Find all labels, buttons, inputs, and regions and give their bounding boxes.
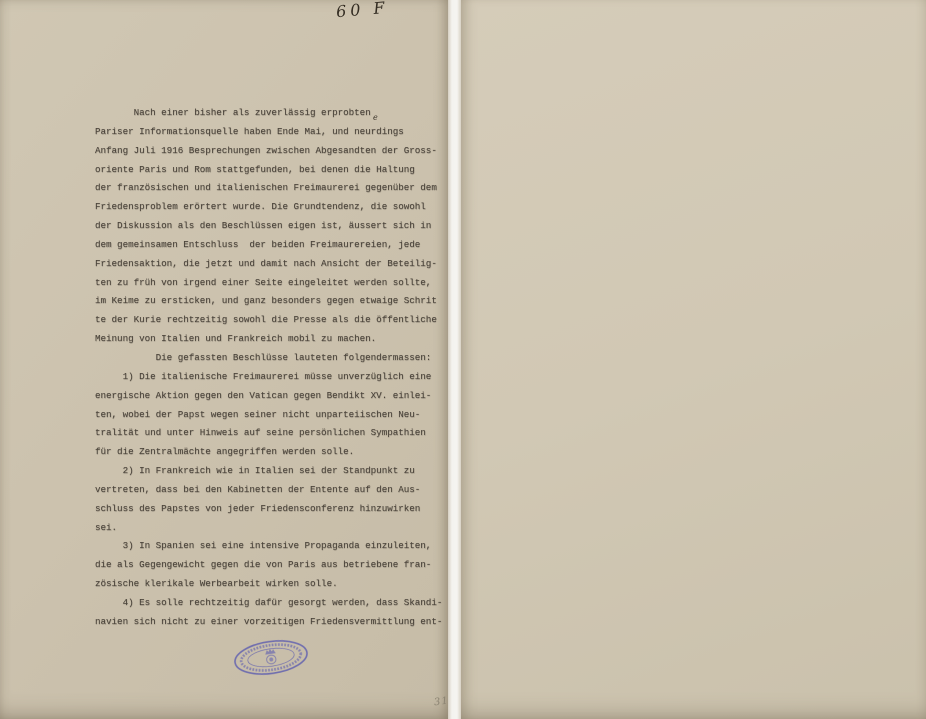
typed-line: im Keime zu ersticken, und ganz besonder… <box>95 292 442 311</box>
typed-line: zösische klerikale Werbearbeit wirken so… <box>95 575 442 594</box>
typed-line: für die Zentralmächte angegriffen werden… <box>95 443 442 462</box>
typed-text-left: Nach einer bisher als zuverlässig erprob… <box>95 104 442 632</box>
handwritten-mark: 60 F <box>335 0 389 21</box>
typed-line: tralität und unter Hinweis auf seine per… <box>95 424 442 443</box>
typed-line: ten, wobei der Papst wegen seiner nicht … <box>95 406 442 425</box>
document-scan: 60 F Nach einer bisher als zuverlässig e… <box>0 0 926 719</box>
typed-line: Nach einer bisher als zuverlässig erprob… <box>95 104 442 123</box>
left-page: 60 F Nach einer bisher als zuverlässig e… <box>0 0 448 719</box>
typed-line: 3) In Spanien sei eine intensive Propaga… <box>95 537 442 556</box>
right-page: 2 schlösse. 5) Die italienischen und fra… <box>461 0 926 719</box>
typed-line: schluss des Papstes von jeder Friedensco… <box>95 500 442 519</box>
typed-line: vertreten, dass bei den Kabinetten der E… <box>95 481 442 500</box>
page-seam <box>448 0 461 719</box>
typed-line: Friedensaktion, die jetzt und damit nach… <box>95 255 442 274</box>
typed-line: die als Gegengewicht gegen die von Paris… <box>95 556 442 575</box>
typed-line: dem gemeinsamen Entschluss der beiden Fr… <box>95 236 442 255</box>
typed-line: oriente Paris und Rom stattgefunden, bei… <box>95 161 442 180</box>
archive-stamp-icon <box>230 635 312 681</box>
typed-line: 1) Die italienische Freimaurerei müsse u… <box>95 368 442 387</box>
typed-line: sei. <box>95 519 442 538</box>
typed-line: Die gefassten Beschlüsse lauteten folgen… <box>95 349 442 368</box>
typed-line: der französischen und italienischen Frei… <box>95 179 442 198</box>
typed-line: 4) Es solle rechtzeitig dafür gesorgt we… <box>95 594 442 613</box>
typed-line: Meinung von Italien und Frankreich mobil… <box>95 330 442 349</box>
handwritten-insertion-mark: e <box>373 113 378 122</box>
typed-line: 2) In Frankreich wie in Italien sei der … <box>95 462 442 481</box>
typed-line: der Diskussion als den Beschlüssen eigen… <box>95 217 442 236</box>
typed-line: Friedensproblem erörtert wurde. Die Grun… <box>95 198 442 217</box>
typed-line: navien sich nicht zu einer vorzeitigen F… <box>95 613 442 632</box>
typed-line: energische Aktion gegen den Vatican gege… <box>95 387 442 406</box>
typed-line: te der Kurie rechtzeitig sowohl die Pres… <box>95 311 442 330</box>
typed-line: Anfang Juli 1916 Besprechungen zwischen … <box>95 142 442 161</box>
typed-line: Pariser Informationsquelle haben Ende Ma… <box>95 123 442 142</box>
typed-line: ten zu früh von irgend einer Seite einge… <box>95 274 442 293</box>
